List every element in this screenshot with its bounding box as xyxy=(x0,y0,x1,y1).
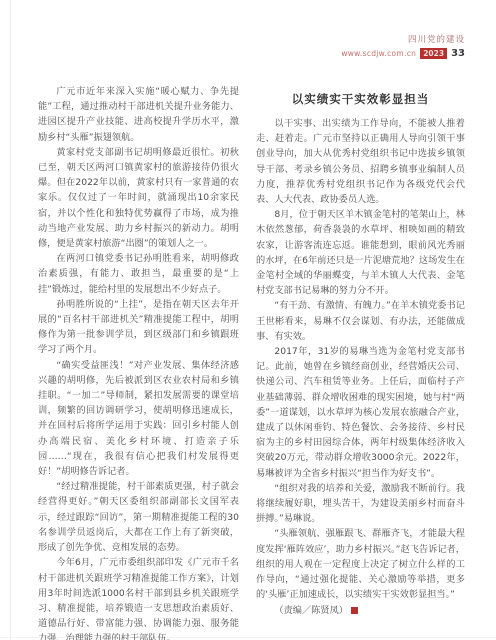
paragraph: 黄家村党支部副书记胡明修最近很忙。初秋已至，朝天区两河口镇黄家村的旅游接待仍很火… xyxy=(38,145,239,251)
left-column: 广元市近年来深入实施“暖心赋力、争先提能”工程，通过推动村干部进机关提升业务能力… xyxy=(38,84,239,640)
paragraph: 广元市近年来深入实施“暖心赋力、争先提能”工程，通过推动村干部进机关提升业务能力… xyxy=(38,84,239,145)
magazine-name: 四川党的建设 xyxy=(341,35,465,46)
paragraph: “头雁领航、强雁跟飞、群雁齐飞，才能最大程度发挥‘雁阵效应’，助力乡村振兴。”赵… xyxy=(256,526,465,602)
byline: （责编／陈贤凤） xyxy=(256,603,465,618)
page-number: 33 xyxy=(451,48,465,59)
right-column: 以实绩实干实效彰显担当 以干实事、出实绩为工作导向，不能被人推着走、赶着走。广元… xyxy=(256,84,465,640)
magazine-website: www.scdjw.com.cn xyxy=(341,48,416,59)
header-meta-row: www.scdjw.com.cn 2023 33 xyxy=(341,48,465,59)
paragraph: 以干实事、出实绩为工作导向，不能被人推着走、赶着走。广元市坚持以正确用人导向引领… xyxy=(256,116,465,207)
paragraph: 在两河口镇党委书记孙明胜看来，胡明修政治素质强，有能力、敢担当，最重要的是“上挂… xyxy=(38,251,239,297)
paragraph: 孙明胜所说的“上挂”，是指在朝天区去年开展的“百名村干部进机关”精准提能工程中，… xyxy=(38,297,239,358)
end-mark-icon xyxy=(351,607,358,614)
paragraph: “组织对我的培养和关爱，激励我不断前行。我将继续履好职，埋头苦干，为建设美丽乡村… xyxy=(256,481,465,527)
paragraph: “有干劲、有激情、有魄力。”在羊木镇党委书记王世彬看来，易琳不仅会谋划、有办法，… xyxy=(256,298,465,344)
paragraph: “确实受益匪浅！”对产业发展、集体经济感兴趣的胡明修，先后被派到区农业农村局和乡… xyxy=(38,358,239,480)
page-edge-line xyxy=(10,0,11,640)
article-columns: 广元市近年来深入实施“暖心赋力、争先提能”工程，通过推动村干部进机关提升业务能力… xyxy=(38,84,465,640)
year-badge: 2023 xyxy=(420,48,447,59)
paragraph: “经过精准提能，村干部素质更强，村子就会经营得更好。”朝天区委组织部副部长文国军… xyxy=(38,479,239,555)
section-title: 以实绩实干实效彰显担当 xyxy=(256,91,465,107)
page-header: 四川党的建设 www.scdjw.com.cn 2023 33 xyxy=(341,35,465,59)
paragraph: 今年6月，广元市委组织部印发《广元市千名村干部进机关跟班学习精准提能工作方案》，… xyxy=(38,555,239,640)
magazine-page: 四川党的建设 www.scdjw.com.cn 2023 33 广元市近年来深入… xyxy=(0,0,496,640)
byline-text: （责编／陈贤凤） xyxy=(274,605,348,616)
paragraph: 2017年，31岁的易琳当选为金笔村党支部书记。此前，她曾在乡镇经商创业，经营婚… xyxy=(256,344,465,481)
paragraph: 8月，位于朝天区羊木镇金笔村的笔架山上，林木依然葱郁，荷香袅袅的水草坪、相映如画… xyxy=(256,207,465,298)
